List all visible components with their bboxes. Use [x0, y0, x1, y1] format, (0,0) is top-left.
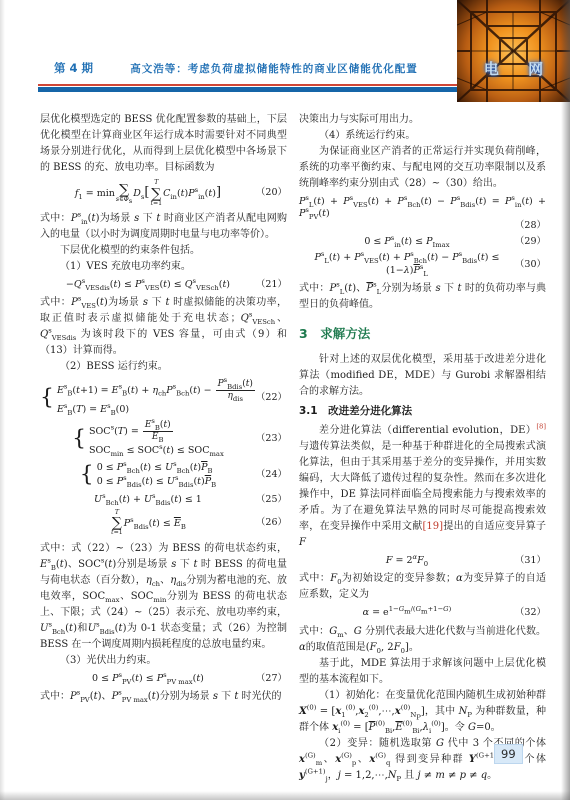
equation-number: （25）	[256, 494, 287, 506]
equation-body: T∑t=1PsBdis(t) ≤ EB	[40, 510, 256, 537]
equation-number: （21）	[256, 279, 287, 291]
section-heading: 3 求解方法	[299, 324, 546, 344]
paragraph: 式中：Psin(t)为场景 s 下 t 时商业区产消者从配电网购入的电量（以小时…	[40, 211, 287, 243]
running-title: 高文浩等：考虑负荷虚拟储能特性的商业区储能优化配置	[93, 61, 455, 76]
paragraph: 为保证商业区产消者的正常运行并实现负荷削峰，系统的功率平衡约束、与配电网的交互功…	[299, 144, 546, 192]
article-body: 层优化模型选定的 BESS 优化配置参数的基础上，下层优化模型在计算商业区年运行…	[40, 112, 546, 784]
equation-number: （23）	[256, 433, 287, 445]
equation-body: {0 ≤ PsBch(t) ≤ UsBch(t)PB0 ≤ PsBdis(t) …	[40, 461, 256, 489]
paragraph: 式中：PsVES(t)为场景 s 下 t 时虚拟储能的决策功率，取正值时表示虚拟…	[40, 295, 287, 359]
equation-31: F = 2αF0 （31）	[299, 555, 546, 567]
equation-body: −QsVESdis(t) ≤ PsVES(t) ≤ QsVESch(t)	[40, 279, 256, 291]
paragraph: 层优化模型选定的 BESS 优化配置参数的基础上，下层优化模型在计算商业区年运行…	[40, 112, 287, 176]
equation-number: （28）	[299, 220, 546, 232]
page-edge-right	[561, 0, 570, 800]
equation-body: α = e1−Gm/(Gm+1−G)	[299, 607, 515, 619]
equation-28: PsL(t) + PsVES(t) + PsBch(t) − PsBdis(t)…	[299, 196, 546, 232]
paragraph: （1）初始化：在变量优化范围内随机生成初始种群 X(0) = [x1(0),x2…	[299, 688, 546, 736]
paragraph: 式中：PsL(t)、PsL分别为场景 s 下 t 时的负荷功率与典型日的负荷峰值…	[299, 281, 546, 313]
journal-page: { "page": { "header": { "issue": "第 4 期"…	[0, 0, 570, 800]
equation-number: （32）	[515, 607, 546, 619]
equation-30: PsL(t) + PsVES(t) + PsBch(t) − PsBdis(t)…	[299, 252, 546, 277]
equation-number: （30）	[515, 259, 546, 271]
paragraph: 下层优化模型的约束条件包括。	[40, 243, 287, 259]
paragraph: （1）VES 充放电功率约束。	[40, 259, 287, 275]
page-edge-bottom	[0, 791, 570, 800]
equation-21: −QsVESdis(t) ≤ PsVES(t) ≤ QsVESch(t) （21…	[40, 279, 287, 291]
equation-number: （27）	[256, 673, 287, 685]
transmission-tower-icon	[457, 0, 570, 102]
header-rule-blue	[38, 87, 457, 92]
paragraph: 针对上述的双层优化模型，采用基于改进差分进化算法（modified DE，MDE…	[299, 352, 546, 400]
page-number-badge: 99	[494, 744, 523, 764]
paragraph: （3）光伏出力约束。	[40, 653, 287, 669]
equation-body: PsL(t) + PsVES(t) + PsBch(t) − PsBdis(t)…	[299, 196, 546, 219]
equation-number: （29）	[515, 236, 546, 248]
paragraph: 式中：式（22）~（23）为 BESS 的荷电状态约束，EsB(t)、SOCs(…	[40, 541, 287, 653]
equation-24: {0 ≤ PsBch(t) ≤ UsBch(t)PB0 ≤ PsBdis(t) …	[40, 461, 287, 489]
journal-logo-text: 电 网	[457, 58, 570, 79]
equation-22: {EsB(t+1) = EsB(t) + ηchPsBch(t) − PsBdi…	[40, 379, 287, 416]
page-header: 第 4 期 高文浩等：考虑负荷虚拟储能特性的商业区储能优化配置	[40, 60, 455, 76]
equation-23: {SOCs(T) = EsB(t)EBSOCmin ≤ SOCs(t) ≤ SO…	[40, 420, 287, 457]
equation-number: （26）	[256, 517, 287, 529]
equation-body: UsBch(t) + UsBdis(t) ≤ 1	[40, 494, 256, 506]
paragraph: 式中：F0为初始设定的变异参数；α为变异算子的自适应系数，定义为	[299, 571, 546, 603]
equation-number: （22）	[256, 392, 287, 404]
equation-body: 0 ≤ PsPV(t) ≤ PsPV max(t)	[40, 673, 256, 685]
equation-27: 0 ≤ PsPV(t) ≤ PsPV max(t) （27）	[40, 673, 287, 685]
journal-issue: 第 4 期	[54, 60, 93, 76]
right-column: 决策出力与实际可用出力。 （4）系统运行约束。 为保证商业区产消者的正常运行并实…	[299, 112, 546, 784]
equation-body: {EsB(t+1) = EsB(t) + ηchPsBch(t) − PsBdi…	[40, 379, 256, 416]
journal-logo: 电 网	[457, 0, 570, 102]
equation-number: （20）	[256, 187, 287, 199]
paragraph: （2）BESS 运行约束。	[40, 359, 287, 375]
header-rule-red	[38, 84, 457, 86]
equation-body: PsL(t) + PsVES(t) + PsBch(t) − PsBdis(t)…	[299, 252, 515, 277]
paragraph: 决策出力与实际可用出力。	[299, 112, 546, 128]
page-edge-left	[0, 0, 5, 800]
equation-body: 0 ≤ Psin(t) ≤ PImax	[299, 236, 515, 248]
equation-20: f1 = min∑s∈ΦsDs[T∑t=1Cin(t)Psin(t)] （20）	[40, 180, 287, 207]
equation-number: （31）	[515, 555, 546, 567]
equation-32: α = e1−Gm/(Gm+1−G) （32）	[299, 607, 546, 619]
equation-body: {SOCs(T) = EsB(t)EBSOCmin ≤ SOCs(t) ≤ SO…	[40, 420, 256, 457]
equation-body: F = 2αF0	[299, 555, 515, 567]
equation-26: T∑t=1PsBdis(t) ≤ EB （26）	[40, 510, 287, 537]
equation-body: f1 = min∑s∈ΦsDs[T∑t=1Cin(t)Psin(t)]	[40, 180, 256, 207]
paragraph: 基于此，MDE 算法用于求解该问题中上层优化模型的基本流程如下。	[299, 656, 546, 688]
paragraph: 差分进化算法（differential evolution，DE）[8]与遗传算…	[299, 423, 546, 551]
paragraph: 式中：Gm、G 分别代表最大进化代数与当前进化代数。α的取值范围是(F0, 2F…	[299, 624, 546, 656]
left-column: 层优化模型选定的 BESS 优化配置参数的基础上，下层优化模型在计算商业区年运行…	[40, 112, 287, 784]
equation-number: （24）	[256, 469, 287, 481]
equation-29: 0 ≤ Psin(t) ≤ PImax （29）	[299, 236, 546, 248]
paragraph: 式中：PsPV(t)、PsPV max(t)分别为场景 s 下 t 时光伏的	[40, 689, 287, 705]
equation-25: UsBch(t) + UsBdis(t) ≤ 1 （25）	[40, 494, 287, 506]
subsection-heading: 3.1 改进差分进化算法	[299, 403, 546, 420]
paragraph: （4）系统运行约束。	[299, 128, 546, 144]
